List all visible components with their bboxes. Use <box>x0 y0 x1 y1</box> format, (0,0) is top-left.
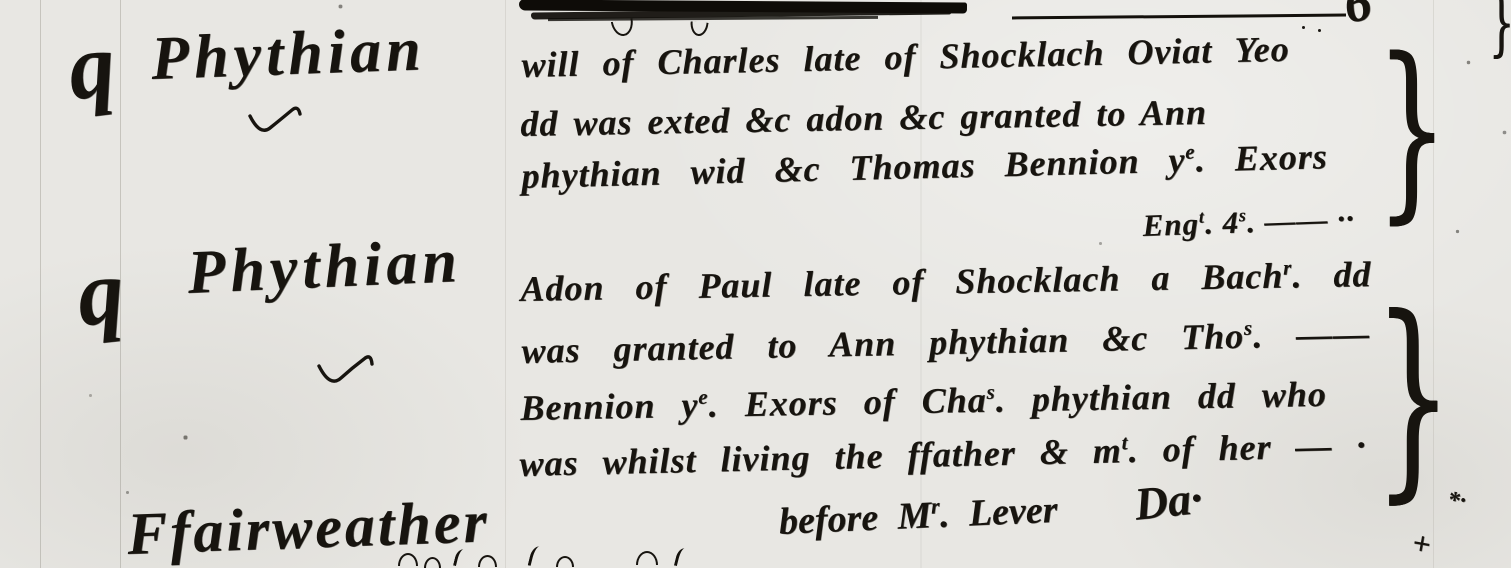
entry2-surname: Phythian <box>186 226 463 309</box>
plus-mark: + <box>1410 524 1434 564</box>
manuscript-scan-page: 6 } q Phythian will of Charles late of S… <box>0 0 1511 568</box>
corner-partial-brace: } <box>1489 0 1511 58</box>
entry1-margin-mark: q <box>62 10 121 121</box>
ruled-dash-line <box>1012 14 1346 19</box>
rule-end-flourish: 6 <box>1340 0 1375 35</box>
entry3-surname: Ffairweather <box>126 487 491 568</box>
letter-top-fragment <box>636 551 658 565</box>
ascender-fragment <box>528 545 545 568</box>
descender-loop <box>689 21 708 37</box>
rule-name-column <box>505 0 506 568</box>
entry1-line1: will of Charles late of Shocklach Oviat … <box>521 28 1290 86</box>
entry2-closing-brace: } <box>1374 290 1452 505</box>
entry1-line2: dd was exted &c adon &c granted to Ann <box>520 91 1207 145</box>
letter-top-fragment <box>478 555 497 567</box>
ink-dot <box>1302 26 1305 29</box>
entry2-line2: was granted to Ann phythian &c Thos. —— <box>521 312 1371 372</box>
ink-specks <box>0 0 1 1</box>
entry2-line3: Bennion ye. Exors of Chas. phythian dd w… <box>520 373 1327 429</box>
scribal-flourish: Da· <box>1132 471 1205 531</box>
entry1-line3: phythian wid &c Thomas Bennion ye. Exors <box>521 135 1328 197</box>
entry1-surname: Phythian <box>150 14 427 95</box>
entry1-closing-brace: } <box>1376 34 1448 226</box>
ink-dot <box>1318 29 1321 32</box>
entry2-line1: Adon of Paul late of Shocklach a Bachr. … <box>520 253 1372 310</box>
entry1-fee-line: Engt. 4s. —— ·· <box>1142 201 1355 244</box>
letter-top-fragment <box>424 557 441 568</box>
descender-loop <box>611 18 635 38</box>
ascender-fragment <box>674 547 689 568</box>
entry2-before-lever-line: before Mr. Lever <box>778 488 1058 544</box>
entry2-line4: was whilst living the ffather & mt. of h… <box>519 424 1367 485</box>
asterisk-mark: *· <box>1448 488 1466 515</box>
entry1-check-tick-icon <box>246 102 318 146</box>
rule-left-edge <box>40 0 41 568</box>
letter-top-fragment <box>556 556 574 567</box>
entry2-check-tick-icon <box>314 350 390 396</box>
